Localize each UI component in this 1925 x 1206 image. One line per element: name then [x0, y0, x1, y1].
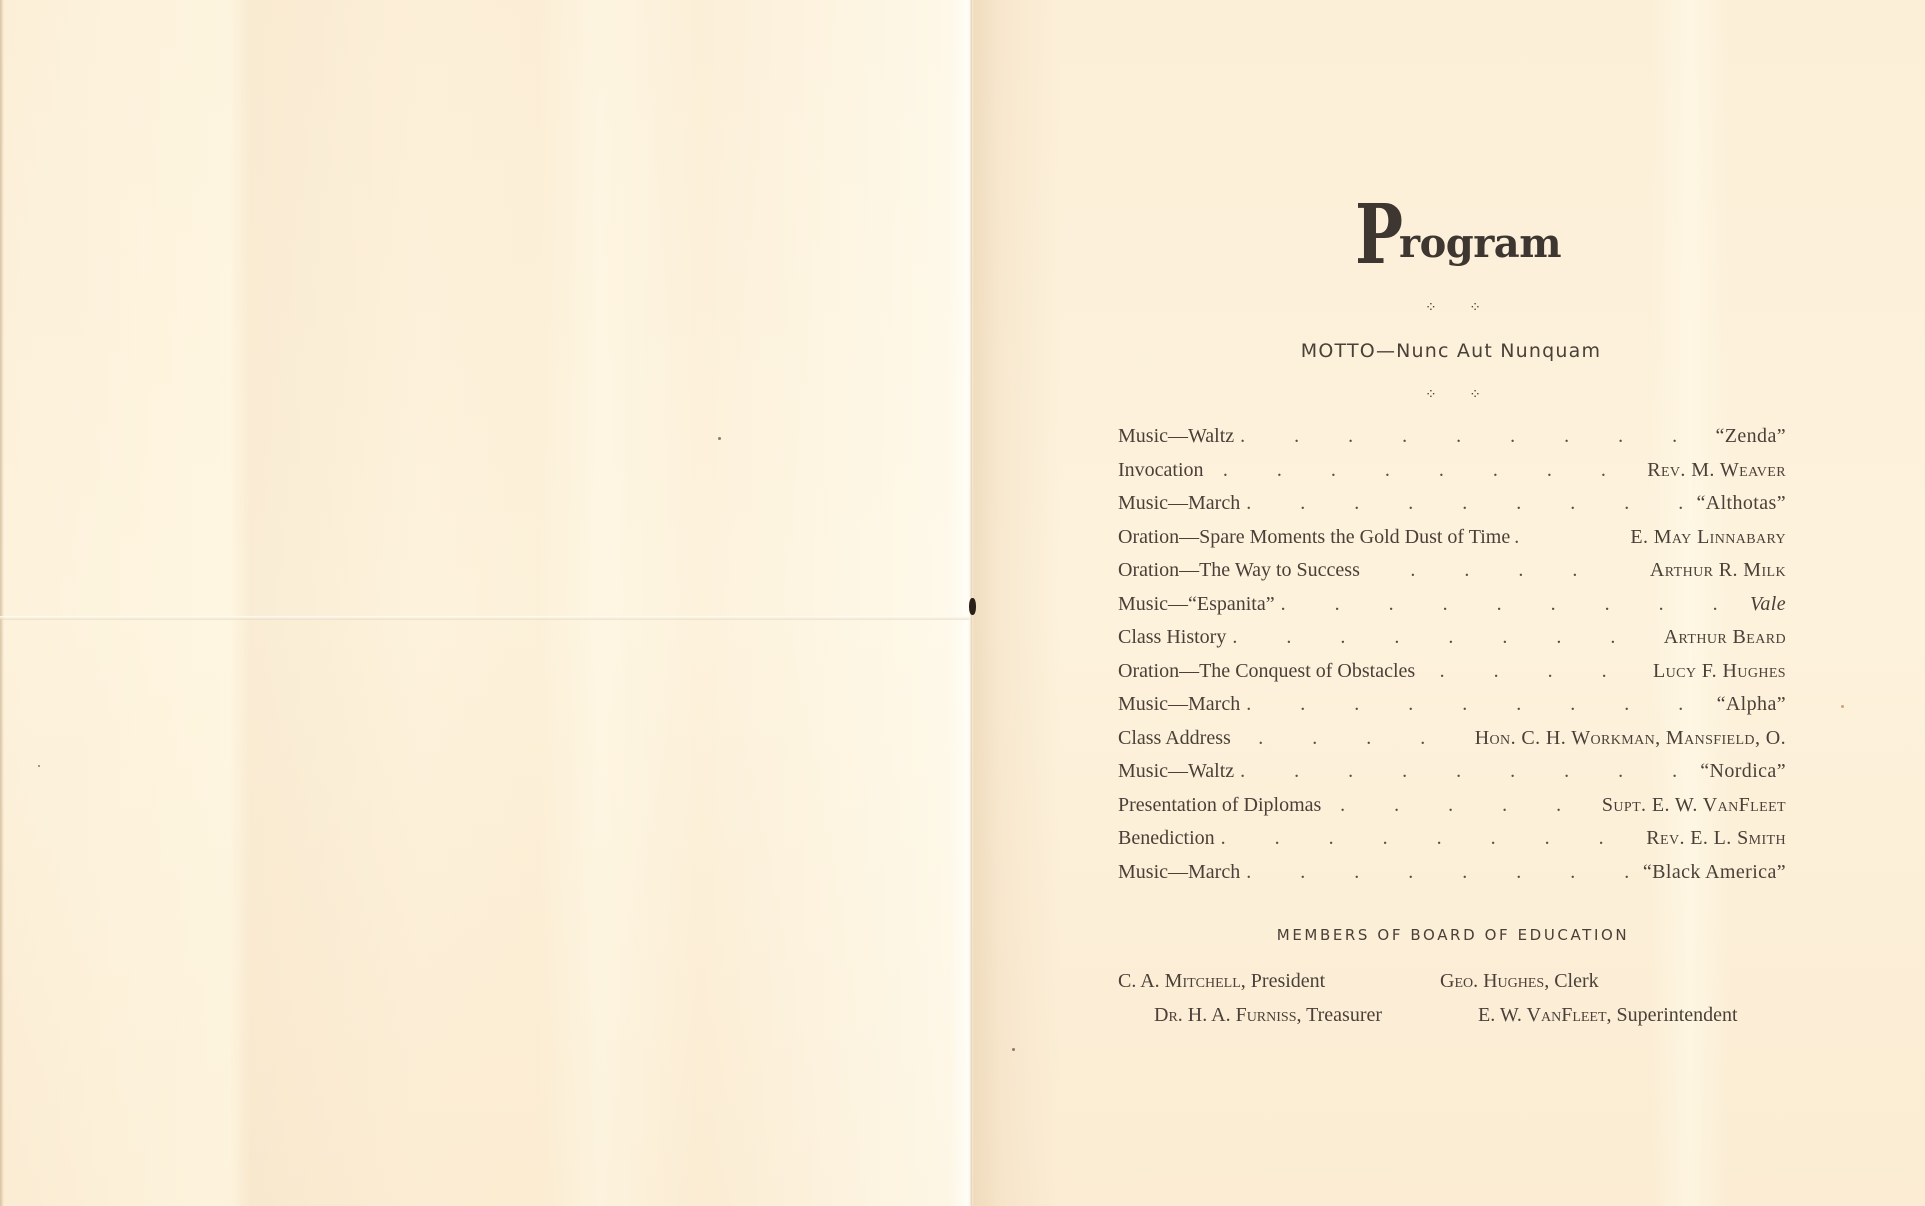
ornament-icon: ⁘ ⁘	[1420, 300, 1500, 316]
board-member-role: , Treasurer	[1296, 1004, 1382, 1026]
program-item: Music—Waltz	[1118, 425, 1234, 448]
program-performer: Rev. M. Weaver	[1647, 459, 1786, 482]
program-row: Presentation of Diplomas . . . . . Supt.…	[1118, 794, 1786, 828]
board-member-role: , Superintendent	[1607, 1004, 1738, 1026]
program-title: P rogram	[1355, 196, 1555, 276]
program-performer: Vale	[1750, 593, 1786, 616]
board-member-role: , President	[1241, 970, 1325, 992]
program-list: Music—Waltz . . . . . . . . . . “Zenda” …	[1118, 425, 1786, 894]
board-member-name: E. W. VanFleet	[1478, 1004, 1607, 1026]
program-row: Oration—Spare Moments the Gold Dust of T…	[1118, 526, 1786, 560]
program-performer: “Nordica”	[1700, 760, 1786, 783]
board-member: E. W. VanFleet, Superintendent	[1478, 1004, 1738, 1027]
dot-leader: . . . .	[1360, 559, 1650, 582]
program-item: Oration—The Conquest of Obstacles	[1118, 660, 1415, 683]
dot-leader: . . . . .	[1321, 794, 1602, 817]
program-row: Music—March . . . . . . . . . . “Black A…	[1118, 861, 1786, 895]
fold-hole	[969, 598, 976, 615]
program-row: Music—March . . . . . . . . . . “Althota…	[1118, 492, 1786, 526]
program-item: Music—March	[1118, 861, 1240, 884]
program-performer: “Althotas”	[1696, 492, 1786, 515]
program-performer: Arthur Beard	[1664, 626, 1786, 649]
program-performer: Supt. E. W. VanFleet	[1602, 794, 1786, 817]
motto: MOTTO—Nunc Aut Nunquam	[1283, 340, 1619, 362]
program-row: Class History . . . . . . . . . . Arthur…	[1118, 626, 1786, 660]
title-rest: rogram	[1399, 220, 1561, 267]
program-item: Benediction	[1118, 827, 1215, 850]
dot-leader: . . . .	[1231, 727, 1475, 750]
program-performer: “Alpha”	[1717, 693, 1786, 716]
dot-leader: .	[1510, 526, 1523, 549]
board-member: Geo. Hughes, Clerk	[1440, 970, 1599, 993]
left-page	[0, 0, 970, 1206]
title-drop-cap: P	[1355, 194, 1403, 276]
program-row: Benediction . . . . . . . . . Rev. E. L.…	[1118, 827, 1786, 861]
dot-leader: . . . . . . . . . . . .	[1240, 693, 1716, 716]
board-heading: MEMBERS OF BOARD OF EDUCATION	[1267, 926, 1639, 944]
program-item: Music—March	[1118, 693, 1240, 716]
program-row: Oration—The Way to Success . . . . Arthu…	[1118, 559, 1786, 593]
program-item: Oration—Spare Moments the Gold Dust of T…	[1118, 526, 1510, 549]
program-item: Music—“Espanita”	[1118, 593, 1275, 616]
program-row: Music—Waltz . . . . . . . . . . . “Nordi…	[1118, 760, 1786, 794]
board-member-name: Geo. Hughes	[1440, 970, 1544, 992]
program-item: Music—Waltz	[1118, 760, 1234, 783]
dot-leader: . . . . . . . . . .	[1234, 425, 1715, 448]
board-member-name: Dr. H. A. Furniss	[1154, 1004, 1296, 1026]
program-row: Class Address . . . . Hon. C. H. Workman…	[1118, 727, 1786, 761]
program-item: Class History	[1118, 626, 1226, 649]
program-item: Presentation of Diplomas	[1118, 794, 1321, 817]
paper-speck	[1841, 705, 1844, 708]
board-member-name: C. A. Mitchell	[1118, 970, 1241, 992]
dot-leader: . . . . . . . .	[1204, 459, 1648, 482]
dot-leader: . . . . . . . . . .	[1240, 861, 1643, 884]
program-row: Oration—The Conquest of Obstacles . . . …	[1118, 660, 1786, 694]
program-row: Music—“Espanita” . . . . . . . . . . Val…	[1118, 593, 1786, 627]
program-performer: E. May Linnabary	[1523, 526, 1786, 549]
program-performer: “Black America”	[1643, 861, 1786, 884]
program-item: Invocation	[1118, 459, 1204, 482]
program-item: Class Address	[1118, 727, 1231, 750]
dot-leader: . . . . . . . . . .	[1275, 593, 1750, 616]
board-member: C. A. Mitchell, President	[1118, 970, 1325, 993]
dot-leader: . . . . . . . . . .	[1226, 626, 1663, 649]
program-performer: Arthur R. Milk	[1650, 559, 1786, 582]
paper-speck	[1012, 1048, 1015, 1051]
dot-leader: . . . .	[1415, 660, 1653, 683]
ornament-icon: ⁘ ⁘	[1420, 387, 1500, 403]
program-performer: Hon. C. H. Workman, Mansfield, O.	[1475, 727, 1786, 750]
board-member-role: , Clerk	[1544, 970, 1598, 992]
program-row: Invocation . . . . . . . . Rev. M. Weave…	[1118, 459, 1786, 493]
program-performer: Lucy F. Hughes	[1653, 660, 1786, 683]
program-performer: Rev. E. L. Smith	[1646, 827, 1786, 850]
board-member: Dr. H. A. Furniss, Treasurer	[1154, 1004, 1382, 1027]
dot-leader: . . . . . . . . . . .	[1234, 760, 1700, 783]
program-row: Music—Waltz . . . . . . . . . . “Zenda”	[1118, 425, 1786, 459]
program-item: Music—March	[1118, 492, 1240, 515]
dot-leader: . . . . . . . . . .	[1240, 492, 1696, 515]
program-item: Oration—The Way to Success	[1118, 559, 1360, 582]
dot-leader: . . . . . . . . .	[1215, 827, 1647, 850]
program-performer: “Zenda”	[1715, 425, 1786, 448]
program-row: Music—March . . . . . . . . . . . . “Alp…	[1118, 693, 1786, 727]
